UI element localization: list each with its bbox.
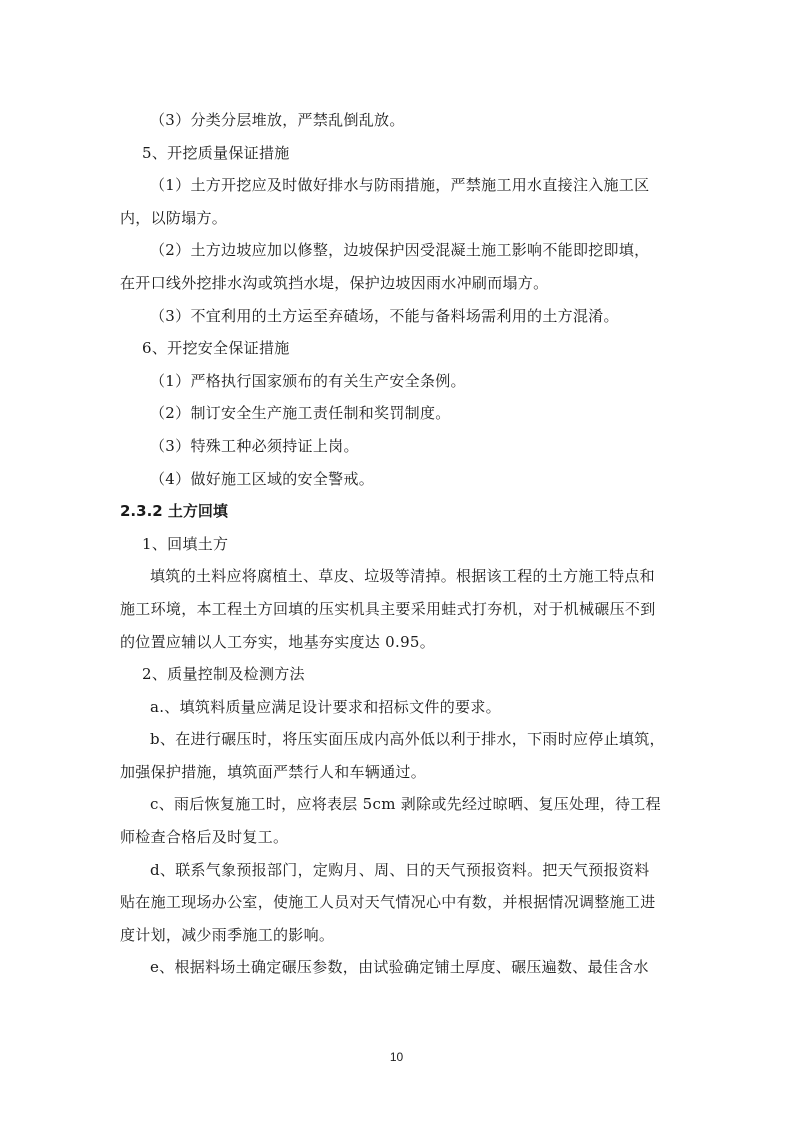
- subsection-heading-backfill: 1、回填土方: [120, 528, 676, 561]
- list-item: （1）严格执行国家颁布的有关生产安全条例。: [120, 365, 676, 398]
- paragraph-line: 加强保护措施，填筑面严禁行人和车辆通过。: [120, 756, 676, 789]
- paragraph-line: 度计划，减少雨季施工的影响。: [120, 919, 676, 952]
- paragraph-line: 施工环境，本工程土方回填的压实机具主要采用蛙式打夯机，对于机械碾压不到: [120, 593, 676, 626]
- page-number: 10: [0, 1050, 793, 1064]
- paragraph-line: 填筑的土料应将腐植土、草皮、垃圾等清掉。根据该工程的土方施工特点和: [120, 560, 676, 593]
- document-body: （3）分类分层堆放，严禁乱倒乱放。 5、开挖质量保证措施 （1）土方开挖应及时做…: [120, 104, 676, 984]
- paragraph-line: d、联系气象预报部门，定购月、周、日的天气预报资料。把天气预报资料: [120, 854, 676, 887]
- list-item-stacking: （3）分类分层堆放，严禁乱倒乱放。: [120, 104, 676, 137]
- paragraph-line: e、根据料场土确定碾压参数，由试验确定铺土厚度、碾压遍数、最佳含水: [120, 951, 676, 984]
- paragraph-line: 师检查合格后及时复工。: [120, 821, 676, 854]
- paragraph-line: c、雨后恢复施工时，应将表层 5cm 剥除或先经过晾晒、复压处理，待工程: [120, 788, 676, 821]
- document-page: （3）分类分层堆放，严禁乱倒乱放。 5、开挖质量保证措施 （1）土方开挖应及时做…: [0, 0, 793, 1122]
- list-item: a.、填筑料质量应满足设计要求和招标文件的要求。: [120, 691, 676, 724]
- section-heading-excavation-quality: 5、开挖质量保证措施: [120, 137, 676, 170]
- paragraph-line: b、在进行碾压时，将压实面压成内高外低以利于排水，下雨时应停止填筑，: [120, 723, 676, 756]
- list-item: （2）制订安全生产施工责任制和奖罚制度。: [120, 397, 676, 430]
- list-item: （4）做好施工区域的安全警戒。: [120, 463, 676, 496]
- paragraph-line: 在开口线外挖排水沟或筑挡水堤，保护边坡因雨水冲刷而塌方。: [120, 267, 676, 300]
- paragraph-line: 贴在施工现场办公室，使施工人员对天气情况心中有数，并根据情况调整施工进: [120, 886, 676, 919]
- paragraph-line: （2）土方边坡应加以修整，边坡保护因受混凝土施工影响不能即挖即填，: [120, 234, 676, 267]
- section-title-backfill: 2.3.2 土方回填: [120, 495, 676, 528]
- section-heading-excavation-safety: 6、开挖安全保证措施: [120, 332, 676, 365]
- list-item: （3）特殊工种必须持证上岗。: [120, 430, 676, 463]
- paragraph-line: （3）不宜利用的土方运至弃碴场，不能与备料场需利用的土方混淆。: [120, 300, 676, 333]
- subsection-heading-quality-control: 2、质量控制及检测方法: [120, 658, 676, 691]
- paragraph-line: （1）土方开挖应及时做好排水与防雨措施，严禁施工用水直接注入施工区: [120, 169, 676, 202]
- paragraph-line: 的位置应辅以人工夯实，地基夯实度达 0.95。: [120, 626, 676, 659]
- paragraph-line: 内，以防塌方。: [120, 202, 676, 235]
